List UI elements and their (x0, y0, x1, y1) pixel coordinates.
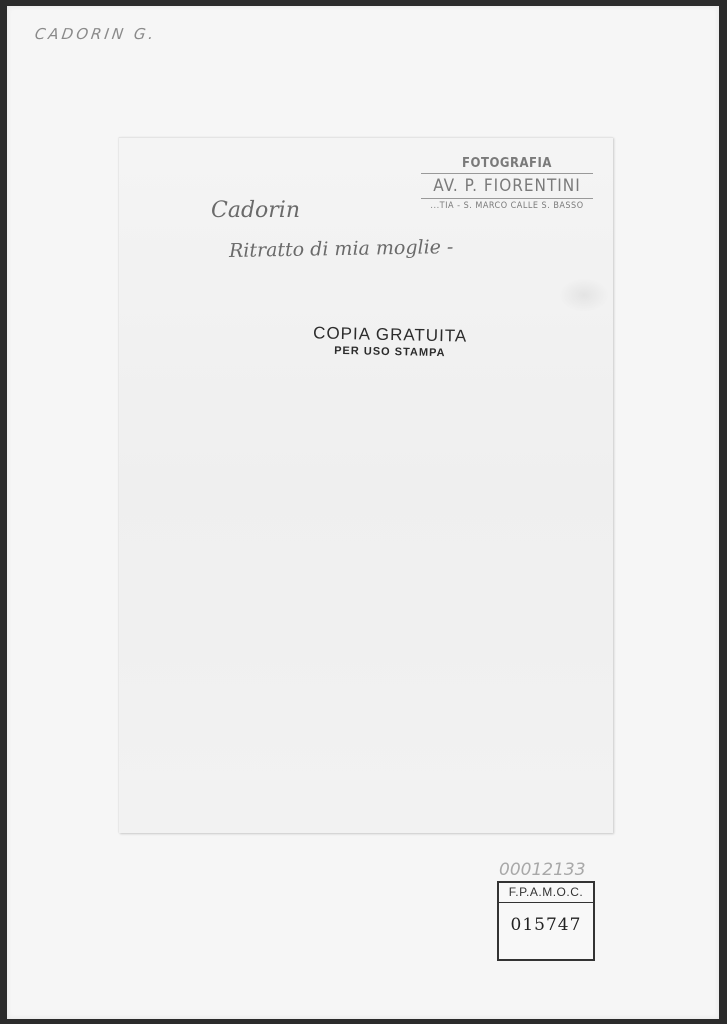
photographer-stamp-address: ...TIA - S. MARCO CALLE S. BASSO (421, 201, 593, 211)
pencil-inventory-number: 00012133 (499, 860, 586, 880)
photographer-stamp-name: AV. P. FIORENTINI (421, 173, 593, 199)
press-copy-stamp: COPIA GRATUITA PER USO STAMPA (313, 323, 468, 359)
press-copy-stamp-line2: PER USO STAMPA (313, 344, 467, 359)
inventory-stamp: F.P.A.M.O.C. 015747 (497, 881, 595, 961)
inventory-stamp-label: F.P.A.M.O.C. (499, 883, 593, 903)
handwritten-caption: Ritratto di mia moglie - (229, 236, 454, 262)
archive-label: CADORIN G. (34, 25, 158, 43)
smudge-mark (559, 278, 609, 312)
photographer-stamp-title: FOTOGRAFIA (421, 156, 593, 171)
photograph-reverse: FOTOGRAFIA AV. P. FIORENTINI ...TIA - S.… (119, 137, 613, 833)
photographer-stamp: FOTOGRAFIA AV. P. FIORENTINI ...TIA - S.… (421, 156, 593, 211)
inventory-stamp-number: 015747 (499, 915, 593, 935)
mount-board: CADORIN G. FOTOGRAFIA AV. P. FIORENTINI … (7, 6, 719, 1019)
handwritten-name: Cadorin (211, 198, 300, 223)
press-copy-stamp-line1: COPIA GRATUITA (313, 323, 467, 346)
